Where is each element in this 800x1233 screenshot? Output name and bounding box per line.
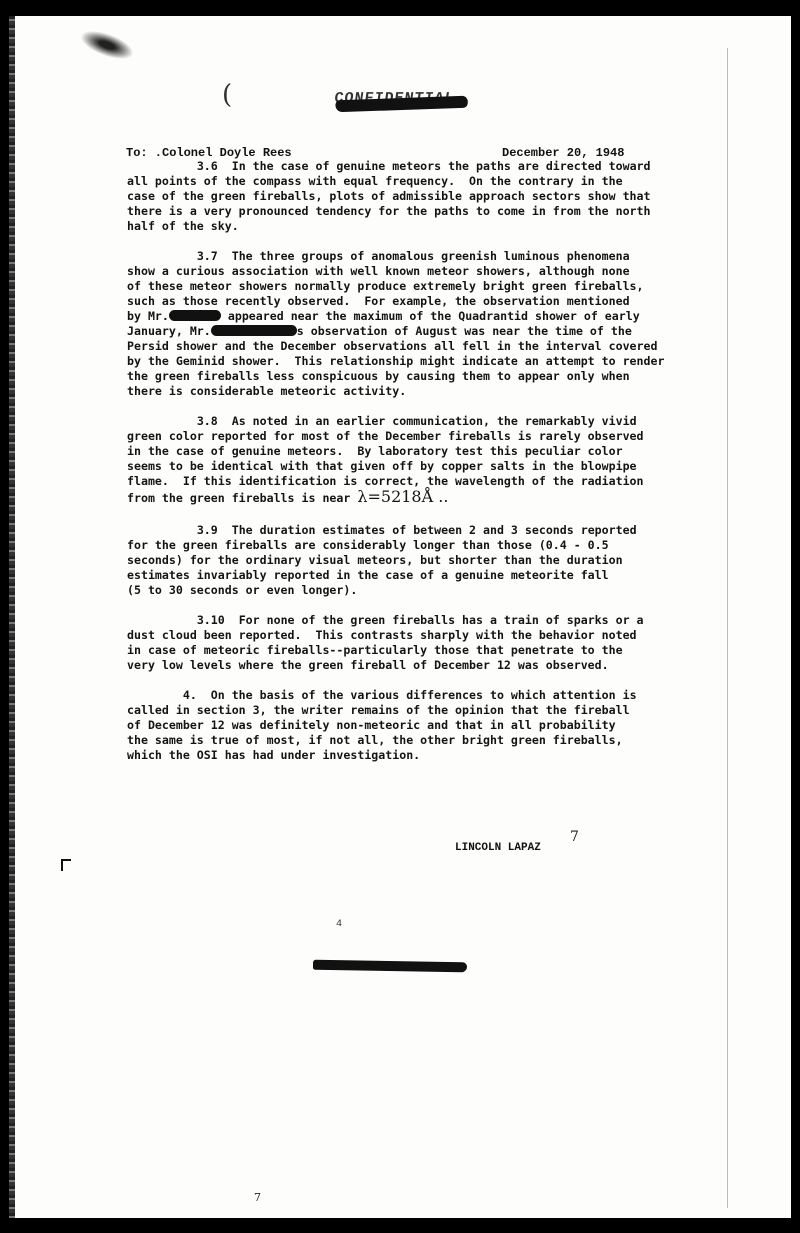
classification-stamp: CONFIDENTIAL — [332, 90, 475, 112]
margin-line — [727, 48, 728, 1208]
paragraph-3-8: 3.8 As noted in an earlier communication… — [127, 414, 697, 506]
scan-edge — [9, 16, 15, 1218]
page-number: 4 — [336, 919, 342, 930]
document-page: ( CONFIDENTIAL To: .Colonel Doyle Rees D… — [9, 16, 791, 1218]
handwritten-mark: 7 — [254, 1191, 261, 1204]
handwritten-mark: 7 — [570, 829, 579, 845]
ink-blot — [77, 25, 137, 65]
paragraph-3-6: 3.6 In the case of genuine meteors the p… — [127, 159, 697, 234]
document-date: December 20, 1948 — [502, 146, 624, 160]
handwritten-paren: ( — [222, 80, 232, 110]
redaction-bar — [313, 960, 467, 973]
redaction — [211, 325, 297, 336]
paragraph-3-10: 3.10 For none of the green fireballs has… — [127, 613, 697, 673]
corner-mark — [61, 859, 71, 871]
paragraph-3-9: 3.9 The duration estimates of between 2 … — [127, 523, 697, 598]
redaction — [169, 310, 221, 321]
paragraph-4: 4. On the basis of the various differenc… — [127, 688, 697, 763]
signature: LINCOLN LAPAZ — [455, 842, 541, 854]
addressee: To: .Colonel Doyle Rees — [126, 146, 292, 160]
wavelength-annotation: λ=5218Å .. — [357, 487, 448, 506]
paragraph-3-7: 3.7 The three groups of anomalous greeni… — [127, 249, 697, 399]
